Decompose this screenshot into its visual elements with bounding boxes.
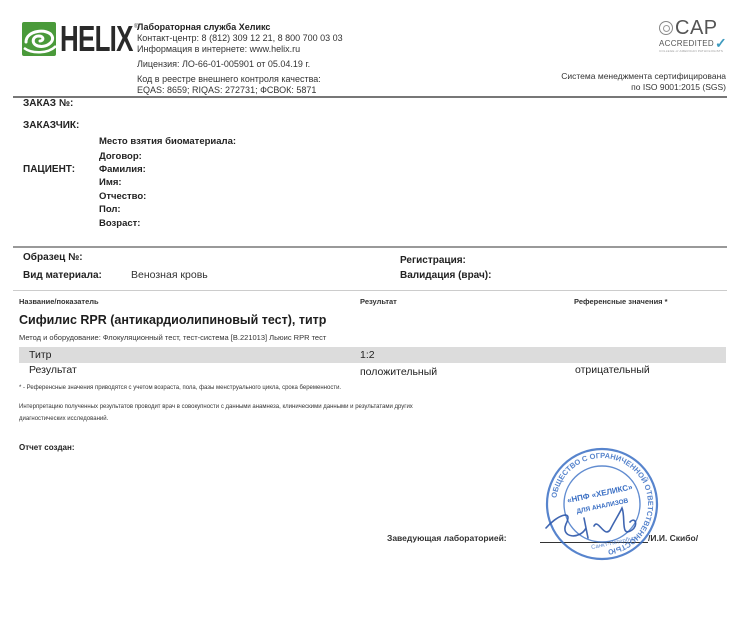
patient-label: ПАЦИЕНТ: [23, 164, 75, 175]
column-header-reference: Референсные значения * [574, 297, 668, 306]
sex-label: Пол: [99, 204, 121, 215]
validation-label: Валидация (врач): [400, 270, 491, 281]
sample-number-label: Образец №: [23, 252, 83, 263]
iso-certification: Система менеджмента сертифицирована по I… [561, 71, 726, 93]
cap-word: CAP [675, 18, 718, 38]
cap-accredited-text: ACCREDITED [659, 39, 714, 48]
iso-line-1: Система менеджмента сертифицирована [561, 71, 726, 82]
header-divider [13, 96, 727, 98]
sampling-place-label: Место взятия биоматериала: [99, 136, 236, 147]
license: Лицензия: ЛО-66-01-005901 от 05.04.19 г. [137, 59, 343, 70]
reference-note: * - Референсные значения приводятся с уч… [19, 385, 341, 391]
table-row-titer-name: Титр [29, 349, 51, 361]
material-type-value: Венозная кровь [131, 269, 208, 281]
age-label: Возраст: [99, 218, 140, 229]
lab-name: Лабораторная служба Хеликс [137, 22, 343, 33]
customer-label: ЗАКАЗЧИК: [23, 120, 79, 131]
cap-accredited-logo: CAP ACCREDITED ✓ COLLEGE of AMERICAN PAT… [659, 18, 733, 53]
cap-globe-icon [659, 21, 673, 35]
column-header-name: Название/показатель [19, 297, 99, 306]
table-row-result-value: положительный [360, 366, 437, 378]
column-header-result: Результат [360, 297, 397, 306]
material-type-label: Вид материала: [23, 270, 102, 281]
first-name-label: Имя: [99, 177, 122, 188]
interpretation-note-1: Интерпретацию полученных результатов про… [19, 404, 413, 410]
brand-name: HELIX [60, 20, 133, 58]
test-method: Метод и оборудование: Флокуляционный тес… [19, 333, 326, 342]
contract-label: Договор: [99, 151, 142, 162]
cap-subtitle: COLLEGE of AMERICAN PATHOLOGISTS [659, 49, 733, 53]
registry-line-1: Код в реестре внешнего контроля качества… [137, 74, 343, 85]
helix-swirl-icon [22, 22, 56, 56]
interpretation-note-2: диагностических исследований. [19, 416, 108, 422]
table-row-titer-result: 1:2 [360, 349, 375, 361]
sample-divider [13, 290, 727, 291]
table-row-result-name: Результат [29, 364, 77, 376]
lab-info: Лабораторная служба Хеликс Контакт-центр… [137, 22, 343, 96]
registry-line-2: EQAS: 8659; RIQAS: 272731; ФСВОК: 5871 [137, 85, 343, 96]
lab-head-label: Заведующая лабораторией: [387, 533, 507, 543]
checkmark-icon: ✓ [715, 38, 727, 48]
registration-label: Регистрация: [400, 255, 466, 266]
test-title: Сифилис RPR (антикардиолипиновый тест), … [19, 313, 326, 327]
order-number-label: ЗАКАЗ №: [23, 98, 73, 109]
patronymic-label: Отчество: [99, 191, 146, 202]
website-info: Информация в интернете: www.helix.ru [137, 44, 343, 55]
company-stamp: ОБЩЕСТВО С ОГРАНИЧЕННОЙ ОТВЕТСТВЕННОСТЬЮ… [544, 446, 660, 562]
helix-logo: HELIX ® [22, 22, 126, 58]
table-row-result-reference: отрицательный [575, 364, 650, 376]
report-created-label: Отчет создан: [19, 443, 75, 452]
section-divider [13, 246, 727, 248]
last-name-label: Фамилия: [99, 164, 146, 175]
iso-line-2: по ISO 9001:2015 (SGS) [561, 82, 726, 93]
contact-center: Контакт-центр: 8 (812) 309 12 21, 8 800 … [137, 33, 343, 44]
